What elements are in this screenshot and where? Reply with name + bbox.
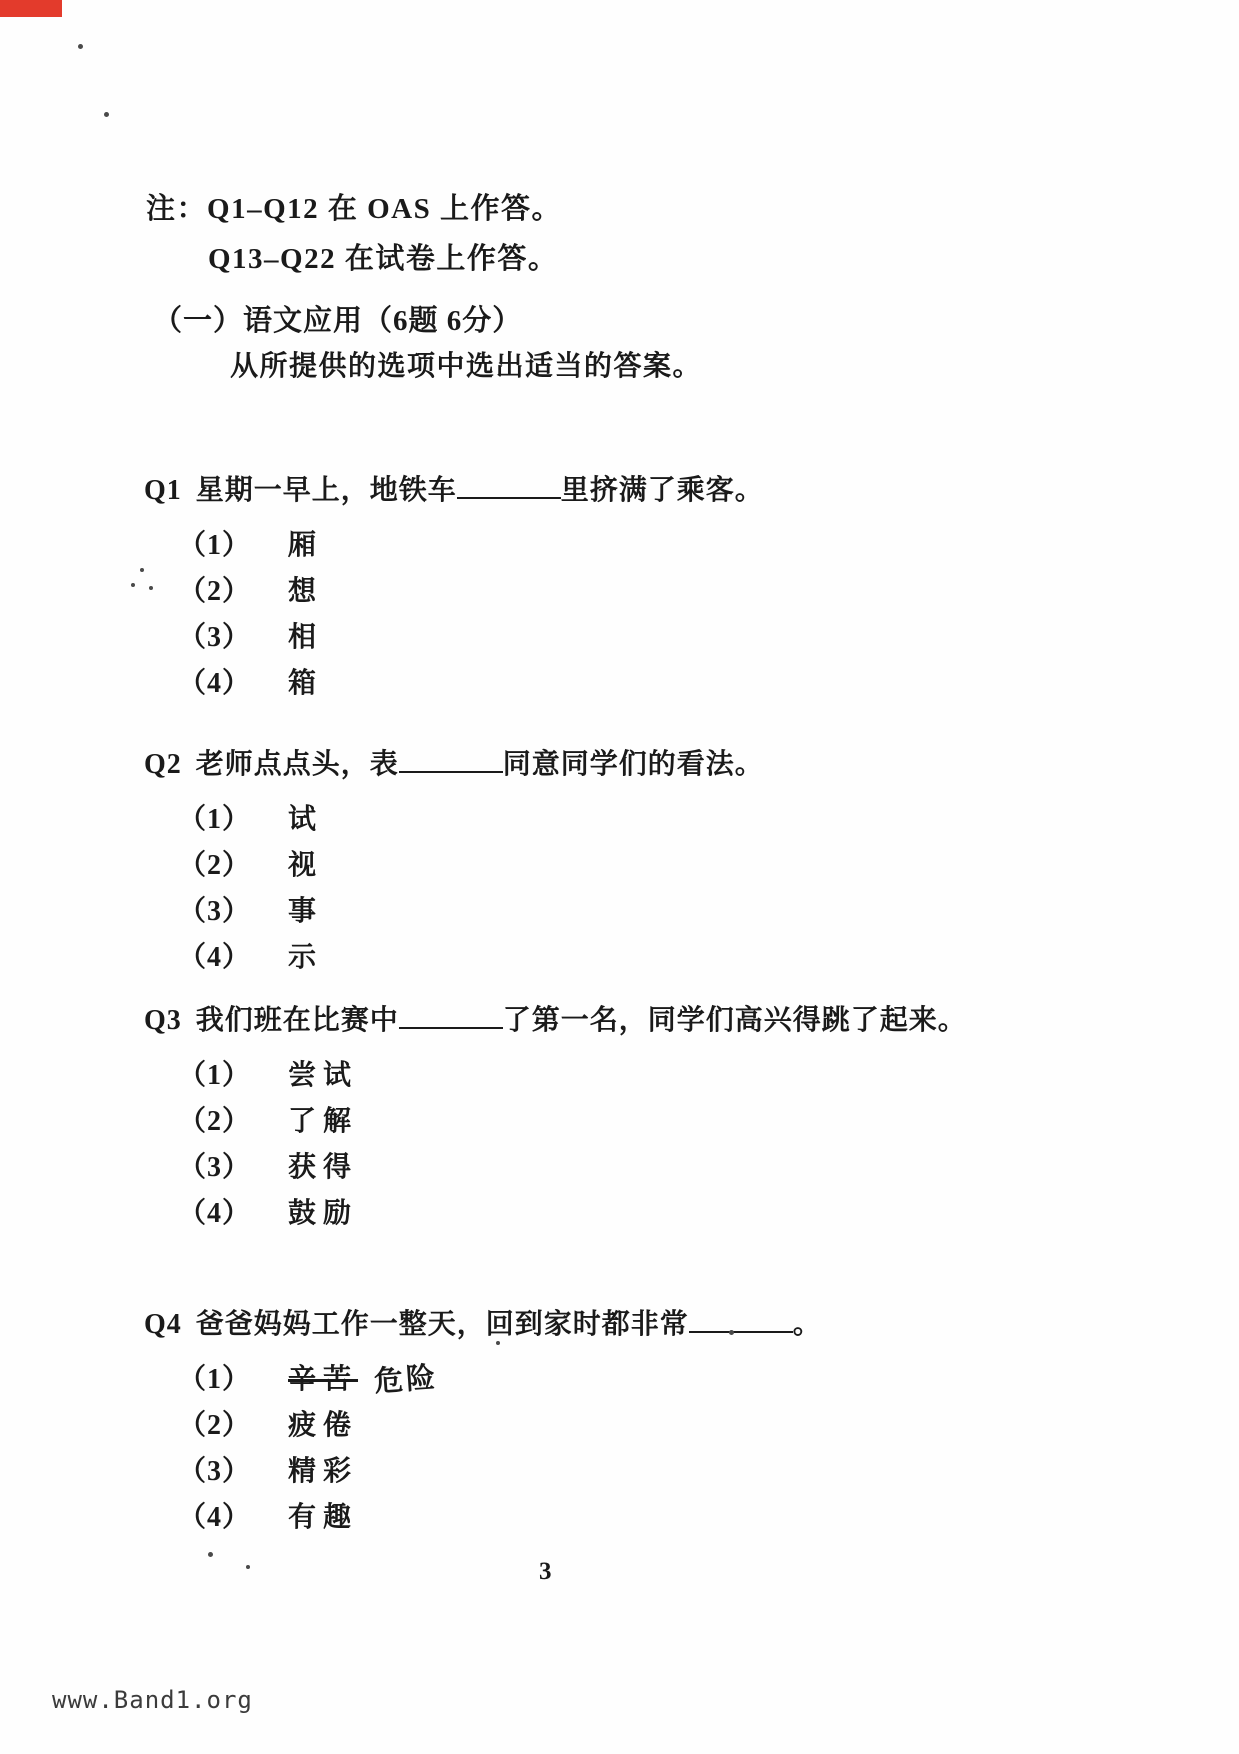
option-row: （4）鼓励 — [144, 1188, 967, 1234]
question-number: Q2 — [144, 749, 182, 780]
option-label: （1） — [178, 523, 252, 563]
options-list: （1）辛苦危险（2）疲倦（3）精彩（4）有趣 — [144, 1354, 822, 1538]
option-text: 厢 — [288, 523, 323, 563]
options-list: （1）厢（2）想（3）相（4）箱 — [144, 520, 764, 704]
option-row: （3）精彩 — [144, 1446, 822, 1492]
option-text: 精彩 — [288, 1449, 358, 1489]
option-label: （4） — [178, 1191, 252, 1231]
option-row: （4）箱 — [144, 658, 764, 704]
red-corner-mark — [0, 0, 62, 17]
option-row: （4）有趣 — [144, 1492, 822, 1538]
option-text: 有趣 — [288, 1495, 358, 1535]
note-line-2: Q13–Q22 在试卷上作答。 — [208, 234, 562, 284]
option-text: 想 — [288, 569, 323, 609]
option-label: （3） — [178, 615, 252, 655]
note-prefix: 注： — [146, 193, 207, 225]
option-text: 示 — [288, 935, 323, 975]
scan-artifact-dot — [208, 1552, 213, 1557]
question-block: Q3我们班在比赛中了第一名，同学们高兴得跳了起来。（1）尝试（2）了解（3）获得… — [144, 998, 967, 1234]
option-row: （1）尝试 — [144, 1050, 967, 1096]
question-number: Q1 — [144, 475, 182, 506]
option-text: 鼓励 — [288, 1191, 358, 1231]
question-block: Q1星期一早上，地铁车里挤满了乘客。（1）厢（2）想（3）相（4）箱 — [144, 468, 764, 704]
option-label: （2） — [178, 1099, 252, 1139]
stem-text-before-blank: 我们班在比赛中 — [196, 1005, 399, 1036]
option-label: （1） — [178, 1053, 252, 1093]
option-row: （3）相 — [144, 612, 764, 658]
option-text: 尝试 — [288, 1053, 358, 1093]
stem-text-before-blank: 星期一早上，地铁车 — [196, 475, 457, 506]
option-row: （1）辛苦危险 — [144, 1354, 822, 1400]
options-list: （1）试（2）视（3）事（4）示 — [144, 794, 764, 978]
option-label: （4） — [178, 661, 252, 701]
option-label: （4） — [178, 935, 252, 975]
option-text: 了解 — [288, 1099, 358, 1139]
blank-line — [399, 745, 503, 773]
option-label: （3） — [178, 1449, 252, 1489]
option-text: 视 — [288, 843, 323, 883]
option-text: 获得 — [288, 1145, 358, 1185]
stem-text-before-blank: 爸爸妈妈工作一整天，回到家时都非常 — [196, 1309, 689, 1340]
option-row: （1）厢 — [144, 520, 764, 566]
note-line-1: 注：Q1–Q12 在 OAS 上作答。 — [146, 184, 562, 234]
note-line-1-text: Q1–Q12 在 OAS 上作答。 — [207, 193, 562, 225]
option-row: （1）试 — [144, 794, 764, 840]
option-row: （4）示 — [144, 932, 764, 978]
blank-line — [457, 471, 561, 499]
scan-artifact-dot — [729, 1330, 734, 1335]
stem-text-after-blank: 里挤满了乘客。 — [561, 475, 764, 506]
section-instruction: 从所提供的选项中选出适当的答案。 — [230, 344, 702, 384]
scan-artifact-dot — [78, 44, 83, 49]
option-row: （2）疲倦 — [144, 1400, 822, 1446]
option-label: （2） — [178, 1403, 252, 1443]
watermark: www.Band1.org — [52, 1686, 253, 1714]
stem-text-before-blank: 老师点点头，表 — [196, 749, 399, 780]
option-label: （1） — [178, 797, 252, 837]
blank-line — [689, 1305, 793, 1333]
question-stem: Q3我们班在比赛中了第一名，同学们高兴得跳了起来。 — [144, 998, 967, 1038]
stem-text-after-blank: 了第一名，同学们高兴得跳了起来。 — [503, 1005, 967, 1036]
page-number: 3 — [539, 1558, 552, 1586]
question-number: Q4 — [144, 1309, 182, 1340]
stem-text-after-blank: 。 — [793, 1309, 822, 1340]
option-label: （2） — [178, 569, 252, 609]
option-text: 辛苦 — [288, 1357, 358, 1397]
blank-line — [399, 1001, 503, 1029]
answer-note: 注：Q1–Q12 在 OAS 上作答。 Q13–Q22 在试卷上作答。 — [146, 184, 562, 284]
option-row: （2）想 — [144, 566, 764, 612]
question-stem: Q4爸爸妈妈工作一整天，回到家时都非常。 — [144, 1302, 822, 1342]
option-text: 相 — [288, 615, 323, 655]
option-label: （1） — [178, 1357, 252, 1397]
question-stem: Q2老师点点头，表同意同学们的看法。 — [144, 742, 764, 782]
scan-artifact-dot — [104, 112, 109, 117]
options-list: （1）尝试（2）了解（3）获得（4）鼓励 — [144, 1050, 967, 1234]
question-stem: Q1星期一早上，地铁车里挤满了乘客。 — [144, 468, 764, 508]
scan-artifact-dot — [149, 586, 153, 590]
option-row: （3）获得 — [144, 1142, 967, 1188]
option-label: （4） — [178, 1495, 252, 1535]
option-label: （2） — [178, 843, 252, 883]
question-block: Q2老师点点头，表同意同学们的看法。（1）试（2）视（3）事（4）示 — [144, 742, 764, 978]
section-heading: （一）语文应用（6题 6分） — [153, 298, 522, 339]
handwritten-annotation: 危险 — [373, 1354, 440, 1399]
scan-artifact-dot — [131, 583, 135, 587]
option-label: （3） — [178, 1145, 252, 1185]
scan-artifact-dot — [496, 1341, 500, 1345]
option-text: 试 — [288, 797, 323, 837]
option-row: （2）了解 — [144, 1096, 967, 1142]
option-row: （3）事 — [144, 886, 764, 932]
question-number: Q3 — [144, 1005, 182, 1036]
option-label: （3） — [178, 889, 252, 929]
scanned-exam-page: 注：Q1–Q12 在 OAS 上作答。 Q13–Q22 在试卷上作答。 （一）语… — [0, 0, 1239, 1754]
question-block: Q4爸爸妈妈工作一整天，回到家时都非常。（1）辛苦危险（2）疲倦（3）精彩（4）… — [144, 1302, 822, 1538]
option-text: 事 — [288, 889, 323, 929]
option-text: 疲倦 — [288, 1403, 358, 1443]
stem-text-after-blank: 同意同学们的看法。 — [503, 749, 764, 780]
option-row: （2）视 — [144, 840, 764, 886]
scan-artifact-dot — [140, 568, 144, 572]
option-text: 箱 — [288, 661, 323, 701]
scan-artifact-dot — [246, 1565, 250, 1569]
